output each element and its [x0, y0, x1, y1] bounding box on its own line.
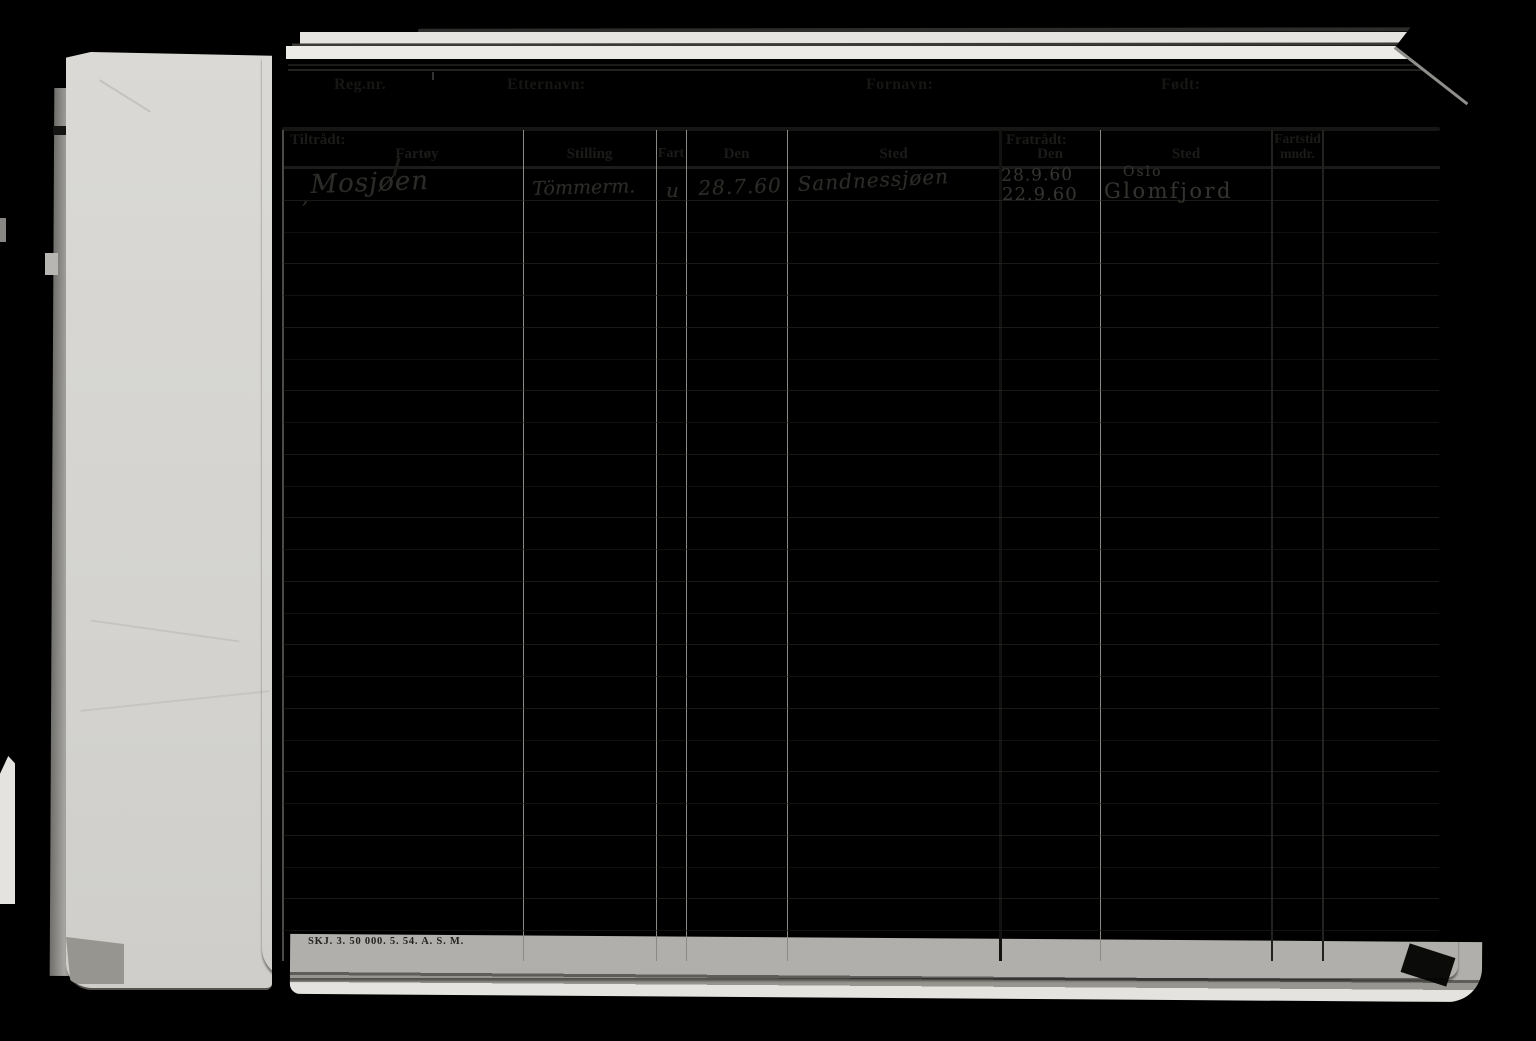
scan-backdrop: Reg.nr. Etternavn: Fornavn: Født: Tiltrå… — [0, 0, 1536, 1041]
column-header-fartstid-mndr: mndr. — [1270, 146, 1325, 161]
handwriting-den: 28.7.60 — [698, 173, 782, 200]
table-rows — [283, 169, 1439, 931]
label-fodt: Født: — [1161, 76, 1200, 96]
table-row — [283, 645, 1439, 677]
table-row — [283, 264, 1439, 296]
column-header-den: Den — [686, 144, 787, 164]
handwriting-fratraadt-sted-2: Glomfjord — [1104, 179, 1233, 203]
handwriting-stilling: Tömmerm. — [532, 175, 636, 200]
background-page-mark — [0, 218, 6, 242]
handwriting-leading-mark: , — [302, 184, 308, 208]
table-top-border — [282, 127, 1440, 131]
table-row — [283, 741, 1439, 773]
table-row — [283, 614, 1439, 646]
table-row — [283, 804, 1439, 836]
table-row — [283, 233, 1439, 265]
table-row — [283, 772, 1439, 804]
table-row — [283, 868, 1439, 900]
label-reg-nr: Reg.nr. — [334, 76, 386, 96]
table-row — [283, 360, 1439, 392]
table-row — [283, 518, 1439, 550]
registration-tick — [432, 72, 434, 80]
table-row — [283, 391, 1439, 423]
table-row — [283, 677, 1439, 709]
table-row — [283, 296, 1439, 328]
column-header-fratraadt-den: Den — [1000, 144, 1100, 164]
label-etternavn: Etternavn: — [507, 76, 586, 96]
form-imprint: SKJ. 3. 50 000. 5. 54. A. S. M. — [308, 936, 464, 947]
handwriting-fart: u — [666, 178, 679, 202]
handwriting-fratraadt-den-1: 28.9.60 — [1001, 165, 1073, 186]
table-row — [283, 423, 1439, 455]
handwriting-fartoy: Mosjøen — [310, 166, 429, 200]
table-row — [283, 487, 1439, 519]
table-row — [283, 899, 1439, 931]
table-row — [283, 455, 1439, 487]
right-stacked-edges — [1444, 60, 1476, 976]
table-row — [283, 582, 1439, 614]
column-header-stilling: Stilling — [523, 144, 656, 164]
table-row — [283, 836, 1439, 868]
table-row — [283, 201, 1439, 233]
handwriting-fratraadt-sted-1: Oslo — [1123, 164, 1163, 180]
column-header-fartstid: Fartstid — [1270, 131, 1325, 146]
table-row — [283, 550, 1439, 582]
register-card: Reg.nr. Etternavn: Fornavn: Født: Tiltrå… — [262, 56, 1458, 978]
label-fornavn: Fornavn: — [866, 76, 933, 96]
column-header-fart: Fart — [656, 144, 686, 164]
column-header-fartoy: Fartøy — [283, 144, 523, 164]
left-sheet — [66, 52, 272, 990]
handwriting-fratraadt-den-2: 22.9.60 — [1002, 184, 1078, 205]
column-header-sted: Sted — [787, 144, 1000, 164]
printed-double-rule — [288, 64, 1438, 71]
background-page-sliver — [0, 756, 15, 904]
table-row — [283, 328, 1439, 360]
column-header-fratraadt-sted: Sted — [1100, 144, 1272, 164]
table-row — [283, 709, 1439, 741]
sheet-edge-tab — [45, 253, 58, 275]
